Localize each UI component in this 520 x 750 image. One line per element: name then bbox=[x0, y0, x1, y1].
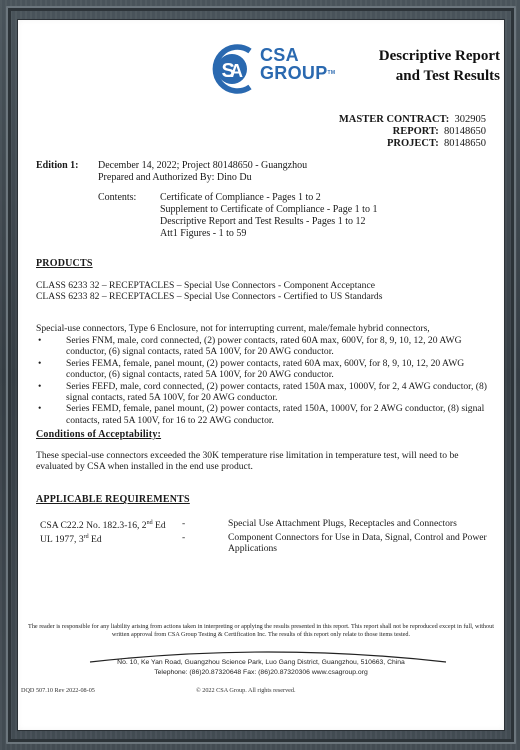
title-line-1: Descriptive Report bbox=[379, 46, 500, 66]
document-page: S A CSA GROUPTM Descriptive Report and T… bbox=[18, 20, 504, 730]
requirements-table: CSA C22.2 No. 182.3-16, 2nd Ed - Special… bbox=[40, 518, 498, 554]
series-item: Series FEFD, male, cord connected, (2) p… bbox=[36, 381, 498, 404]
contents-label: Contents: bbox=[98, 192, 136, 203]
contents-item: Supplement to Certificate of Compliance … bbox=[160, 204, 377, 216]
contents-item: Att1 Figures - 1 to 59 bbox=[160, 228, 377, 240]
copyright-notice: © 2022 CSA Group. All rights reserved. bbox=[196, 687, 296, 694]
title-line-2: and Test Results bbox=[379, 66, 500, 86]
products-heading: PRODUCTS bbox=[36, 258, 93, 269]
report-value: 80148650 bbox=[444, 126, 486, 137]
requirement-standard: UL 1977, 3rd Ed bbox=[40, 532, 182, 555]
edition-author: Prepared and Authorized By: Dino Du bbox=[98, 172, 307, 184]
logo-word-csa: CSA bbox=[260, 46, 335, 64]
contents-list: Certificate of Compliance - Pages 1 to 2… bbox=[160, 192, 377, 240]
conditions-text: These special-use connectors exceeded th… bbox=[36, 450, 496, 473]
requirement-description: Special Use Attachment Plugs, Receptacle… bbox=[228, 518, 498, 532]
product-class: CLASS 6233 82 – RECEPTACLES – Special Us… bbox=[36, 291, 496, 302]
contract-info: MASTER CONTRACT: 302905 REPORT: 80148650… bbox=[339, 114, 486, 150]
contact-line: Telephone: (86)20.87320648 Fax: (86)20.8… bbox=[18, 668, 504, 678]
series-item: Series FEMD, female, panel mount, (2) po… bbox=[36, 403, 498, 426]
csa-emblem-icon: S A bbox=[208, 42, 258, 96]
report-label: REPORT: bbox=[393, 126, 439, 137]
edition-date-project: December 14, 2022; Project 80148650 - Gu… bbox=[98, 160, 307, 172]
series-item: Series FEMA, female, panel mount, (2) po… bbox=[36, 358, 498, 381]
requirement-dash: - bbox=[182, 518, 228, 532]
product-class: CLASS 6233 32 – RECEPTACLES – Special Us… bbox=[36, 280, 496, 291]
contents-item: Descriptive Report and Test Results - Pa… bbox=[160, 216, 377, 228]
document-title: Descriptive Report and Test Results bbox=[379, 46, 500, 86]
requirement-description: Component Connectors for Use in Data, Si… bbox=[228, 532, 498, 555]
project-label: PROJECT: bbox=[387, 138, 439, 149]
edition-details: December 14, 2022; Project 80148650 - Gu… bbox=[98, 160, 307, 184]
trademark-mark: TM bbox=[328, 70, 336, 76]
svg-text:A: A bbox=[230, 61, 243, 81]
office-address: No. 10, Ke Yan Road, Guangzhou Science P… bbox=[18, 658, 504, 677]
master-contract-value: 302905 bbox=[455, 114, 487, 125]
csa-group-logo: S A CSA GROUPTM bbox=[208, 42, 338, 102]
logo-wordmark: CSA GROUPTM bbox=[260, 46, 335, 82]
series-item: Series FNM, male, cord connected, (2) po… bbox=[36, 335, 498, 358]
series-list: Series FNM, male, cord connected, (2) po… bbox=[36, 335, 498, 426]
requirement-row: CSA C22.2 No. 182.3-16, 2nd Ed - Special… bbox=[40, 518, 498, 532]
address-line: No. 10, Ke Yan Road, Guangzhou Science P… bbox=[18, 658, 504, 668]
requirements-heading: APPLICABLE REQUIREMENTS bbox=[36, 494, 190, 505]
conditions-heading: Conditions of Acceptability: bbox=[36, 429, 161, 440]
edition-label: Edition 1: bbox=[36, 160, 79, 171]
requirement-dash: - bbox=[182, 532, 228, 555]
logo-word-group: GROUP bbox=[260, 63, 328, 83]
contents-item: Certificate of Compliance - Pages 1 to 2 bbox=[160, 192, 377, 204]
products-intro: Special-use connectors, Type 6 Enclosure… bbox=[36, 323, 496, 334]
requirement-row: UL 1977, 3rd Ed - Component Connectors f… bbox=[40, 532, 498, 555]
legal-disclaimer: The reader is responsible for any liabil… bbox=[26, 623, 496, 639]
product-classes: CLASS 6233 32 – RECEPTACLES – Special Us… bbox=[36, 280, 496, 303]
requirement-standard: CSA C22.2 No. 182.3-16, 2nd Ed bbox=[40, 518, 182, 532]
project-value: 80148650 bbox=[444, 138, 486, 149]
master-contract-label: MASTER CONTRACT: bbox=[339, 114, 449, 125]
document-id: DQD 507.10 Rev 2022-08-05 bbox=[21, 687, 95, 694]
